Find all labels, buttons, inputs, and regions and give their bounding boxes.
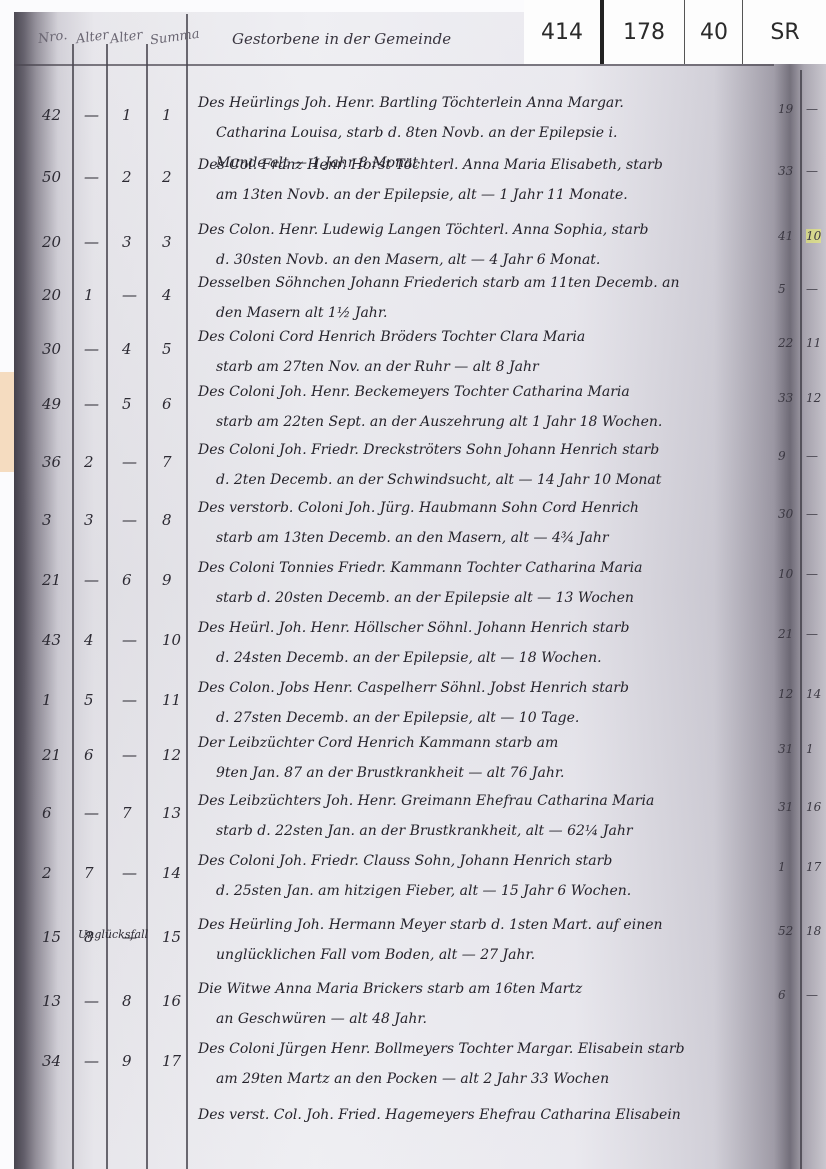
right-margin-number-2: 11 — [806, 336, 821, 350]
entry-age-female: — — [122, 453, 137, 471]
entry-age-female: — — [122, 511, 137, 529]
entry-line: Des verst. Col. Joh. Fried. Hagemeyers E… — [198, 1100, 768, 1130]
entry-age-female: 1 — [122, 106, 132, 124]
entry-sum: 13 — [162, 804, 181, 822]
entry-age-female: 9 — [122, 1052, 132, 1070]
entry-number: 15 — [42, 928, 61, 946]
entry-age-female: 3 — [122, 233, 132, 251]
entry-number: 2 — [42, 864, 52, 882]
entry-sum: 4 — [162, 286, 172, 304]
entry-age-male: — — [84, 168, 99, 186]
column-divider — [106, 44, 108, 1169]
entry-line: Des Colon. Jobs Henr. Caspelherr Söhnl. … — [198, 673, 768, 703]
entry-line: Die Witwe Anna Maria Brickers starb am 1… — [198, 974, 768, 1004]
entry-sum: 6 — [162, 395, 172, 413]
entry-line: unglücklichen Fall vom Boden, alt — 27 J… — [198, 940, 768, 970]
entry-sum: 9 — [162, 571, 172, 589]
right-margin-number: 5 — [778, 282, 786, 296]
right-margin-number: 9 — [778, 449, 786, 463]
right-margin-number: 22 — [778, 336, 793, 350]
entry-age-male: 1 — [84, 286, 94, 304]
entry-number: 49 — [42, 395, 61, 413]
entry-line: Des Coloni Joh. Friedr. Dreckströters So… — [198, 435, 768, 465]
entry-sum: 8 — [162, 511, 172, 529]
entry-line: Des Coloni Jürgen Henr. Bollmeyers Tocht… — [198, 1034, 768, 1064]
entry-age-male: 7 — [84, 864, 94, 882]
entry-number: 13 — [42, 992, 61, 1010]
archive-label-4: SR — [742, 0, 826, 64]
entry-age-male: 6 — [84, 746, 94, 764]
right-margin-number-2: 16 — [806, 800, 821, 814]
entry-line: starb am 13ten Decemb. an den Masern, al… — [198, 523, 768, 553]
entry-number: 3 — [42, 511, 52, 529]
entry-sum: 5 — [162, 340, 172, 358]
entry-text: Des Colon. Henr. Ludewig Langen Töchterl… — [198, 215, 768, 275]
entry-text: Des Coloni Joh. Friedr. Dreckströters So… — [198, 435, 768, 495]
entry-sum: 10 — [162, 631, 181, 649]
entry-text: Des Coloni Joh. Friedr. Clauss Sohn, Joh… — [198, 846, 768, 906]
entry-line: Des verstorb. Coloni Joh. Jürg. Haubmann… — [198, 493, 768, 523]
entry-number: 42 — [42, 106, 61, 124]
entry-sum: 3 — [162, 233, 172, 251]
entry-line: Des Coloni Cord Henrich Bröders Tochter … — [198, 322, 768, 352]
right-margin-number: 31 — [778, 800, 793, 814]
entry-age-female: — — [122, 746, 137, 764]
entry-text: Des Coloni Jürgen Henr. Bollmeyers Tocht… — [198, 1034, 768, 1094]
entry-number: 20 — [42, 286, 61, 304]
right-margin-number: 19 — [778, 102, 793, 116]
right-margin-number: 33 — [778, 164, 793, 178]
margin-note: Unglücksfall — [78, 928, 148, 941]
entry-line: d. 24sten Decemb. an der Epilepsie, alt … — [198, 643, 768, 673]
page-title: Gestorbene in der Gemeinde — [232, 30, 451, 48]
entry-number: 34 — [42, 1052, 61, 1070]
entry-text: Des Colon. Jobs Henr. Caspelherr Söhnl. … — [198, 673, 768, 733]
right-margin-number-2: 10 — [806, 229, 821, 243]
entry-line: am 13ten Novb. an der Epilepsie, alt — 1… — [198, 180, 768, 210]
entry-sum: 15 — [162, 928, 181, 946]
header-rule — [14, 64, 774, 66]
entry-line: an Geschwüren — alt 48 Jahr. — [198, 1004, 768, 1034]
entry-line: d. 2ten Decemb. an der Schwindsucht, alt… — [198, 465, 768, 495]
entry-number: 43 — [42, 631, 61, 649]
right-margin-number: 30 — [778, 507, 793, 521]
entry-sum: 12 — [162, 746, 181, 764]
right-margin-number: 52 — [778, 924, 793, 938]
right-margin-number-2: 1 — [806, 742, 814, 756]
right-margin-number: 21 — [778, 627, 793, 641]
entry-line: Des Leibzüchters Joh. Henr. Greimann Ehe… — [198, 786, 768, 816]
entry-sum: 2 — [162, 168, 172, 186]
entry-number: 21 — [42, 571, 61, 589]
entry-age-male: — — [84, 571, 99, 589]
entry-line: starb d. 22sten Jan. an der Brustkrankhe… — [198, 816, 768, 846]
entry-sum: 16 — [162, 992, 181, 1010]
entry-age-male: — — [84, 804, 99, 822]
right-margin-number-2: — — [806, 282, 818, 296]
entry-line: Des Col. Franz Henr. Horst Töchterl. Ann… — [198, 150, 768, 180]
archive-label-1: 414 — [524, 0, 600, 64]
entry-line: Des Coloni Joh. Henr. Beckemeyers Tochte… — [198, 377, 768, 407]
right-margin-number-2: 17 — [806, 860, 821, 874]
entry-line: Des Colon. Henr. Ludewig Langen Töchterl… — [198, 215, 768, 245]
right-margin-number-2: — — [806, 567, 818, 581]
entry-age-female: — — [122, 864, 137, 882]
entry-line: Des Heürl. Joh. Henr. Höllscher Söhnl. J… — [198, 613, 768, 643]
entry-age-female: 8 — [122, 992, 132, 1010]
entry-text: Des Col. Franz Henr. Horst Töchterl. Ann… — [198, 150, 768, 210]
entry-line: am 29ten Martz an den Pocken — alt 2 Jah… — [198, 1064, 768, 1094]
entry-line: starb am 22ten Sept. an der Auszehrung a… — [198, 407, 768, 437]
entry-age-male: 2 — [84, 453, 94, 471]
entry-sum: 7 — [162, 453, 172, 471]
entry-age-male: — — [84, 106, 99, 124]
entry-age-male: — — [84, 1052, 99, 1070]
column-divider — [72, 44, 74, 1169]
right-margin-number-2: 14 — [806, 687, 821, 701]
entry-text: Des verstorb. Coloni Joh. Jürg. Haubmann… — [198, 493, 768, 553]
entry-number: 36 — [42, 453, 61, 471]
entry-age-male: — — [84, 395, 99, 413]
entry-age-male: — — [84, 233, 99, 251]
entry-age-female: 6 — [122, 571, 132, 589]
entry-number: 20 — [42, 233, 61, 251]
entry-age-female: 4 — [122, 340, 132, 358]
entry-age-female: — — [122, 631, 137, 649]
entry-text: Des verst. Col. Joh. Fried. Hagemeyers E… — [198, 1100, 768, 1130]
entry-age-female: — — [122, 286, 137, 304]
entry-line: Des Heürlings Joh. Henr. Bartling Töchte… — [198, 88, 768, 118]
right-margin-number-2: — — [806, 164, 818, 178]
entry-sum: 11 — [162, 691, 181, 709]
entry-age-female: 2 — [122, 168, 132, 186]
entry-age-male: 4 — [84, 631, 94, 649]
right-margin-number-2: — — [806, 988, 818, 1002]
right-margin-number-2: — — [806, 102, 818, 116]
right-margin-number: 10 — [778, 567, 793, 581]
entry-sum: 17 — [162, 1052, 181, 1070]
entry-text: Des Heürl. Joh. Henr. Höllscher Söhnl. J… — [198, 613, 768, 673]
entry-line: Des Heürling Joh. Hermann Meyer starb d.… — [198, 910, 768, 940]
entry-age-male: — — [84, 340, 99, 358]
entry-text: Des Heürling Joh. Hermann Meyer starb d.… — [198, 910, 768, 970]
entry-line: Desselben Söhnchen Johann Friederich sta… — [198, 268, 768, 298]
entry-text: Des Coloni Joh. Henr. Beckemeyers Tochte… — [198, 377, 768, 437]
right-margin-number: 1 — [778, 860, 786, 874]
right-margin-number: 6 — [778, 988, 786, 1002]
archive-label-3: 40 — [684, 0, 743, 64]
column-divider — [146, 44, 148, 1169]
entry-number: 1 — [42, 691, 52, 709]
entry-number: 30 — [42, 340, 61, 358]
right-margin-number: 31 — [778, 742, 793, 756]
entry-text: Des Leibzüchters Joh. Henr. Greimann Ehe… — [198, 786, 768, 846]
entry-age-male: — — [84, 992, 99, 1010]
entry-text: Die Witwe Anna Maria Brickers starb am 1… — [198, 974, 768, 1034]
entry-sum: 1 — [162, 106, 172, 124]
column-divider — [186, 14, 188, 1169]
entry-sum: 14 — [162, 864, 181, 882]
right-margin-number-2: — — [806, 627, 818, 641]
entry-age-male: 3 — [84, 511, 94, 529]
right-margin-number-2: 18 — [806, 924, 821, 938]
entry-text: Der Leibzüchter Cord Henrich Kammann sta… — [198, 728, 768, 788]
entry-text: Desselben Söhnchen Johann Friederich sta… — [198, 268, 768, 328]
entry-text: Des Coloni Cord Henrich Bröders Tochter … — [198, 322, 768, 382]
entry-number: 6 — [42, 804, 52, 822]
column-divider — [800, 70, 802, 1169]
entry-age-female: — — [122, 691, 137, 709]
entry-text: Des Coloni Tonnies Friedr. Kammann Tocht… — [198, 553, 768, 613]
entry-line: Des Coloni Joh. Friedr. Clauss Sohn, Joh… — [198, 846, 768, 876]
entry-age-female: 5 — [122, 395, 132, 413]
right-margin-number: 12 — [778, 687, 793, 701]
entry-line: d. 25sten Jan. am hitzigen Fieber, alt —… — [198, 876, 768, 906]
entry-line: Des Coloni Tonnies Friedr. Kammann Tocht… — [198, 553, 768, 583]
entry-number: 21 — [42, 746, 61, 764]
entry-line: Der Leibzüchter Cord Henrich Kammann sta… — [198, 728, 768, 758]
entry-line: Catharina Louisa, starb d. 8ten Novb. an… — [198, 118, 768, 148]
entry-line: 9ten Jan. 87 an der Brustkrankheit — alt… — [198, 758, 768, 788]
entry-age-male: 5 — [84, 691, 94, 709]
right-margin-number-2: — — [806, 449, 818, 463]
archive-label-2: 178 — [600, 0, 684, 64]
right-margin-number-2: 12 — [806, 391, 821, 405]
right-margin-number-2: — — [806, 507, 818, 521]
entry-number: 50 — [42, 168, 61, 186]
entry-age-female: 7 — [122, 804, 132, 822]
entry-line: starb d. 20sten Decemb. an der Epilepsie… — [198, 583, 768, 613]
margin-strip — [0, 372, 14, 472]
right-margin-number: 41 — [778, 229, 793, 243]
right-margin-number: 33 — [778, 391, 793, 405]
